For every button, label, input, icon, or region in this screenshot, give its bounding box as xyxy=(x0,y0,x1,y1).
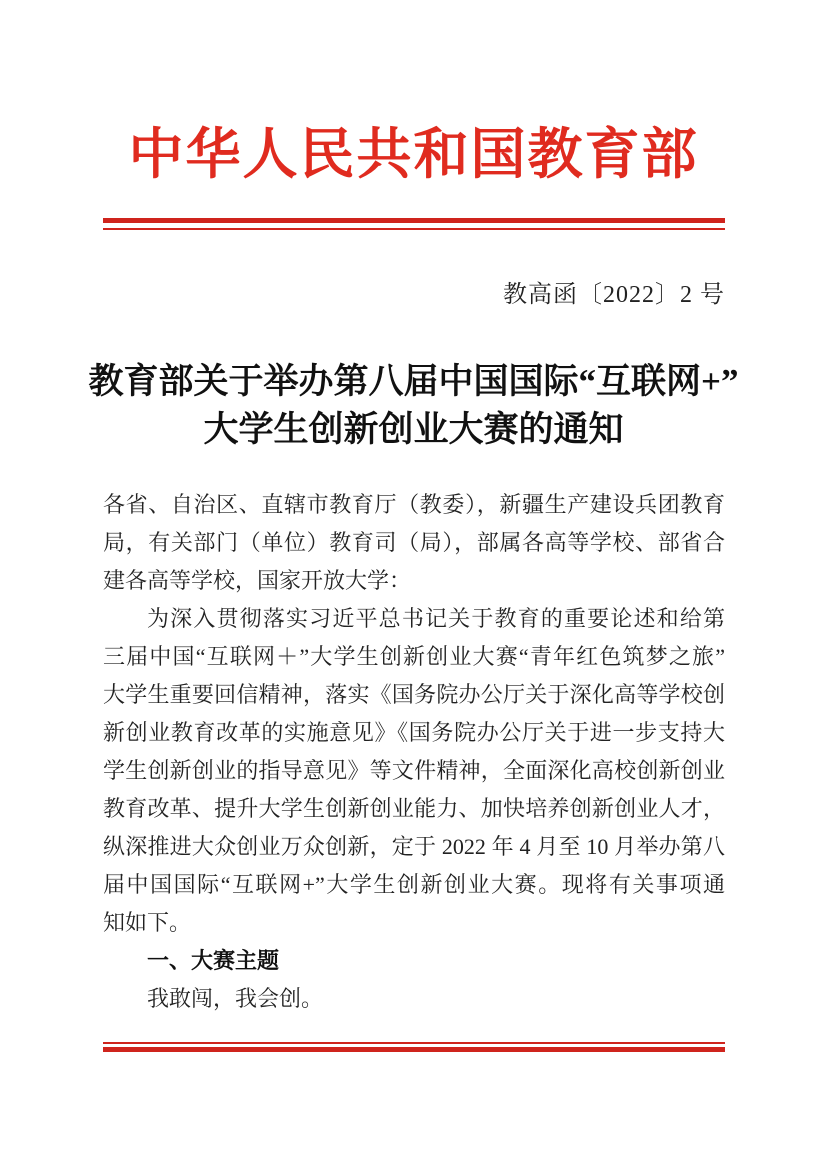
masthead-title: 中华人民共和国教育部 xyxy=(0,122,827,188)
body-line: 大学生重要回信精神，落实《国务院办公厅关于深化高等学校创 xyxy=(103,676,725,714)
body-line: 纵深推进大众创业万众创新，定于 2022 年 4 月至 10 月举办第八 xyxy=(103,828,725,866)
header-divider-thick-line xyxy=(103,218,725,223)
body-line: 我敢闯，我会创。 xyxy=(103,980,725,1018)
body-line: 教育改革、提升大学生创新创业能力、加快培养创新创业人才， xyxy=(103,790,725,828)
header-divider xyxy=(103,218,725,230)
header-divider-thin-line xyxy=(103,228,725,230)
body-line: 三届中国“互联网＋”大学生创新创业大赛“青年红色筑梦之旅” xyxy=(103,638,725,676)
body-line: 新创业教育改革的实施意见》《国务院办公厅关于进一步支持大 xyxy=(103,714,725,752)
document-title: 教育部关于举办第八届中国国际“互联网+” 大学生创新创业大赛的通知 xyxy=(0,358,827,454)
body-line: 各省、自治区、直辖市教育厅（教委），新疆生产建设兵团教育 xyxy=(103,486,725,524)
document-number: 教高函〔2022〕2 号 xyxy=(503,280,725,310)
document-title-line-2: 大学生创新创业大赛的通知 xyxy=(0,406,827,454)
body-line: 建各高等学校，国家开放大学： xyxy=(103,562,725,600)
footer-divider xyxy=(103,1042,725,1052)
footer-divider-thin-line xyxy=(103,1042,725,1044)
body-line: 知如下。 xyxy=(103,904,725,942)
body-line: 届中国国际“互联网+”大学生创新创业大赛。现将有关事项通 xyxy=(103,866,725,904)
document-title-line-1: 教育部关于举办第八届中国国际“互联网+” xyxy=(0,358,827,406)
body-line: 为深入贯彻落实习近平总书记关于教育的重要论述和给第 xyxy=(103,600,725,638)
footer-divider-thick-line xyxy=(103,1047,725,1052)
document-page: 中华人民共和国教育部 教高函〔2022〕2 号 教育部关于举办第八届中国国际“互… xyxy=(0,0,827,1170)
body-line: 局，有关部门（单位）教育司（局），部属各高等学校、部省合 xyxy=(103,524,725,562)
section-heading: 一、大赛主题 xyxy=(103,942,725,980)
document-body: 各省、自治区、直辖市教育厅（教委），新疆生产建设兵团教育 局，有关部门（单位）教… xyxy=(103,486,725,1018)
body-line: 学生创新创业的指导意见》等文件精神，全面深化高校创新创业 xyxy=(103,752,725,790)
